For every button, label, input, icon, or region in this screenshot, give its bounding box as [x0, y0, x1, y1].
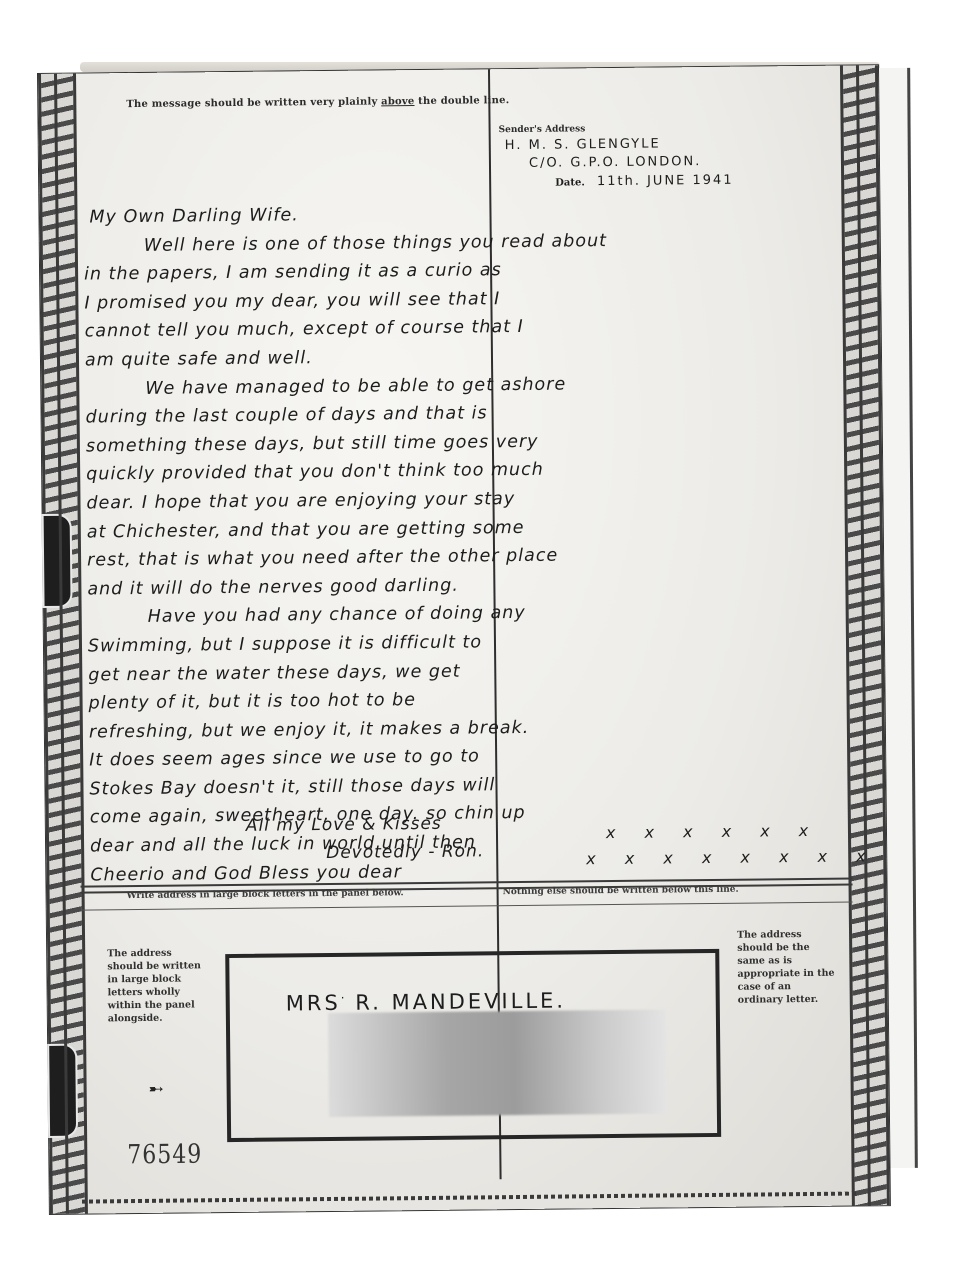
divider-right-caption: Nothing else should be written below thi… [503, 885, 739, 897]
arrow-right-icon: ➸ [149, 1079, 164, 1100]
date-row: Date. 11th. JUNE 1941 [555, 173, 734, 190]
sign-off: All my Love & Kisses Devotedly - Ron. [246, 809, 485, 867]
left-hatched-border [38, 74, 88, 1214]
date-value: 11th. JUNE 1941 [597, 173, 734, 189]
divider-left-caption: Write address in large block letters in … [127, 888, 404, 901]
letter-body: My Own Darling Wife. Well here is one of… [83, 196, 850, 890]
closing-line: All my Love & Kisses [246, 809, 484, 839]
address-panel: MRS· R. MANDEVILLE. [225, 949, 721, 1142]
header-instruction: The message should be written very plain… [126, 95, 509, 110]
bottom-border [82, 1191, 858, 1203]
redacted-address [328, 1009, 667, 1117]
single-line-divider [81, 902, 853, 911]
sender-address-label: Sender's Address [499, 123, 734, 135]
serial-number: 76549 [127, 1140, 202, 1171]
punch-hole [47, 1044, 78, 1138]
sender-address-line: C/O. G.P.O. LONDON. [529, 154, 734, 171]
signature-name: Ron. [442, 841, 485, 861]
right-address-note: The address should be the same as is app… [737, 928, 838, 1007]
sender-address-block: Sender's Address H. M. S. GLENGYLE C/O. … [499, 123, 734, 190]
sender-address-line: H. M. S. GLENGYLE [505, 136, 734, 153]
airgraph-form: The message should be written very plain… [38, 65, 890, 1214]
date-label: Date. [555, 177, 585, 188]
kisses: x x x x x x x x x x x x x x [586, 817, 878, 872]
punch-hole [42, 514, 73, 608]
signature: Devotedly - Ron. [246, 837, 484, 867]
left-address-note: The address should be written in large b… [107, 946, 208, 1025]
